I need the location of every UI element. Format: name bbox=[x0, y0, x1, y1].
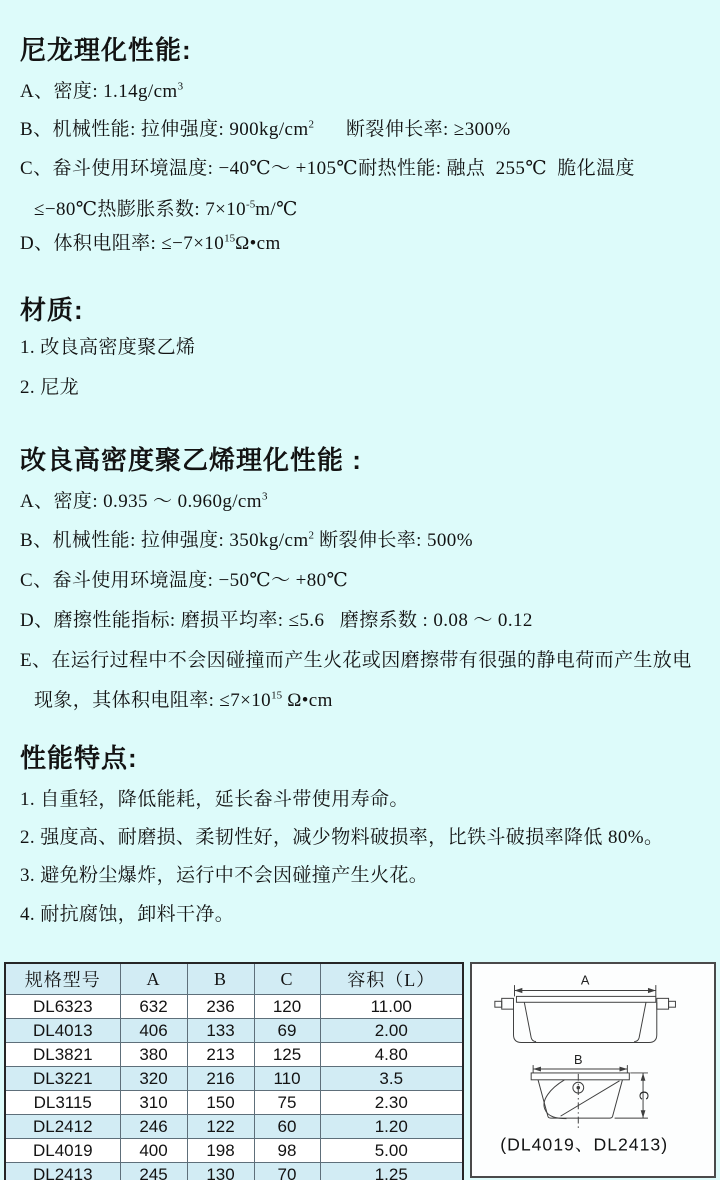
diagram-caption: (DL4019、DL2413) bbox=[500, 1134, 668, 1154]
line-text: 断裂伸长率: ≥300% bbox=[346, 119, 511, 140]
table-cell: 320 bbox=[120, 1067, 187, 1091]
line-text: D、磨擦性能指标: 磨损平均率: ≤5.6 磨擦系数 : 0.08 ～ 0.12 bbox=[20, 610, 533, 631]
line-text: D、体积电阻率: ≤−7×10 bbox=[20, 233, 224, 254]
table-cell: 11.00 bbox=[320, 995, 463, 1019]
table-cell: 213 bbox=[187, 1043, 254, 1067]
table-cell: 122 bbox=[187, 1115, 254, 1139]
table-cell: 245 bbox=[120, 1163, 187, 1180]
line-text: E、在运行过程中不会因碰撞而产生火花或因磨擦带有很强的静电荷而产生放电 bbox=[20, 650, 692, 671]
line-text: ≤−80℃热膨胀系数: 7×10 bbox=[34, 199, 246, 220]
dimension-label-b: B bbox=[574, 1052, 583, 1067]
superscript: -5 bbox=[246, 199, 255, 211]
line-text: A、密度: 1.14g/cm bbox=[20, 81, 178, 102]
table-cell: 60 bbox=[254, 1115, 320, 1139]
line-text: 现象，其体积电阻率: ≤7×10 bbox=[34, 690, 271, 711]
nylon-line-c: C、畚斗使用环境温度: −40℃～ +105℃耐热性能: 融点 255℃ 脆化温… bbox=[20, 153, 635, 180]
table-row: DL2413245130701.25 bbox=[5, 1163, 463, 1180]
line-text: Ω•cm bbox=[282, 690, 333, 711]
table-row: DL4019400198985.00 bbox=[5, 1139, 463, 1163]
feature-line-4: 4. 耐抗腐蚀，卸料干净。 bbox=[20, 899, 234, 926]
line-text: C、畚斗使用环境温度: −50℃～ +80℃ bbox=[20, 570, 348, 591]
table-row: DL38213802131254.80 bbox=[5, 1043, 463, 1067]
superscript: 15 bbox=[224, 233, 235, 245]
hdpe-line-e: E、在运行过程中不会因碰撞而产生火花或因磨擦带有很强的静电荷而产生放电 bbox=[20, 645, 692, 672]
spec-table-body: DL632363223612011.00DL4013406133692.00DL… bbox=[5, 995, 463, 1180]
column-header-a: A bbox=[120, 963, 187, 995]
table-cell: 70 bbox=[254, 1163, 320, 1180]
table-cell: 380 bbox=[120, 1043, 187, 1067]
line-text: 3. 避免粉尘爆炸，运行中不会因碰撞产生火花。 bbox=[20, 865, 428, 886]
bucket-diagram-panel: A B bbox=[470, 962, 716, 1178]
nylon-line-b: B、机械性能: 拉伸强度: 900kg/cm2断裂伸长率: ≥300% bbox=[20, 114, 511, 141]
table-cell: 3.5 bbox=[320, 1067, 463, 1091]
table-cell: 246 bbox=[120, 1115, 187, 1139]
feature-line-1: 1. 自重轻，降低能耗，延长畚斗带使用寿命。 bbox=[20, 784, 409, 811]
hdpe-line-b: B、机械性能: 拉伸强度: 350kg/cm2 断裂伸长率: 500% bbox=[20, 525, 473, 552]
feature-line-2: 2. 强度高、耐磨损、柔韧性好，减少物料破损率，比铁斗破损率降低 80%。 bbox=[20, 822, 663, 849]
line-text: Ω•cm bbox=[235, 233, 281, 254]
column-header-c: C bbox=[254, 963, 320, 995]
table-row: DL32213202161103.5 bbox=[5, 1067, 463, 1091]
table-cell: 110 bbox=[254, 1067, 320, 1091]
hdpe-line-c: C、畚斗使用环境温度: −50℃～ +80℃ bbox=[20, 565, 348, 592]
table-cell: 75 bbox=[254, 1091, 320, 1115]
line-text: C、畚斗使用环境温度: −40℃～ +105℃耐热性能: 融点 255℃ 脆化温… bbox=[20, 158, 635, 179]
section-title-material: 材质: bbox=[20, 290, 84, 327]
table-header-row: 规格型号 A B C 容积（L） bbox=[5, 963, 463, 995]
column-header-volume: 容积（L） bbox=[320, 963, 463, 995]
bucket-diagram: A B bbox=[472, 964, 714, 1176]
dimension-label-a: A bbox=[581, 973, 590, 988]
feature-line-3: 3. 避免粉尘爆炸，运行中不会因碰撞产生火花。 bbox=[20, 860, 428, 887]
front-view-drawing: A bbox=[495, 973, 676, 1043]
table-cell: 5.00 bbox=[320, 1139, 463, 1163]
table-cell: 150 bbox=[187, 1091, 254, 1115]
table-cell: 216 bbox=[187, 1067, 254, 1091]
superscript: 3 bbox=[178, 81, 184, 93]
table-cell: 632 bbox=[120, 995, 187, 1019]
column-header-model: 规格型号 bbox=[5, 963, 120, 995]
section-title-nylon: 尼龙理化性能: bbox=[20, 30, 192, 67]
table-cell: 1.25 bbox=[320, 1163, 463, 1180]
table-cell: DL2413 bbox=[5, 1163, 120, 1180]
table-cell: DL2412 bbox=[5, 1115, 120, 1139]
superscript: 15 bbox=[271, 690, 282, 702]
column-header-b: B bbox=[187, 963, 254, 995]
line-text: m/℃ bbox=[255, 199, 298, 220]
left-lug bbox=[502, 998, 514, 1009]
section-title-features: 性能特点: bbox=[20, 738, 138, 775]
hdpe-line-e2: 现象，其体积电阻率: ≤7×1015 Ω•cm bbox=[34, 685, 333, 712]
table-cell: DL3221 bbox=[5, 1067, 120, 1091]
table-cell: DL6323 bbox=[5, 995, 120, 1019]
line-text: 1. 自重轻，降低能耗，延长畚斗带使用寿命。 bbox=[20, 789, 409, 810]
table-cell: 2.30 bbox=[320, 1091, 463, 1115]
material-line-2: 2. 尼龙 bbox=[20, 372, 79, 399]
material-line-1: 1. 改良高密度聚乙烯 bbox=[20, 332, 195, 359]
hdpe-line-d: D、磨擦性能指标: 磨损平均率: ≤5.6 磨擦系数 : 0.08 ～ 0.12 bbox=[20, 605, 533, 632]
superscript: 3 bbox=[262, 491, 268, 503]
table-row: DL2412246122601.20 bbox=[5, 1115, 463, 1139]
table-cell: DL3821 bbox=[5, 1043, 120, 1067]
right-lug bbox=[657, 998, 669, 1009]
line-text: B、机械性能: 拉伸强度: 350kg/cm bbox=[20, 530, 309, 551]
dimension-label-c: C bbox=[637, 1091, 652, 1100]
table-cell: 310 bbox=[120, 1091, 187, 1115]
section-title-hdpe: 改良高密度聚乙烯理化性能 : bbox=[20, 440, 362, 477]
side-view-drawing: B C bbox=[531, 1052, 652, 1131]
table-cell: 2.00 bbox=[320, 1019, 463, 1043]
nylon-line-a: A、密度: 1.14g/cm3 bbox=[20, 76, 183, 103]
table-cell: 125 bbox=[254, 1043, 320, 1067]
spec-document-page: 尼龙理化性能: A、密度: 1.14g/cm3 B、机械性能: 拉伸强度: 90… bbox=[0, 0, 720, 1180]
line-text: 1. 改良高密度聚乙烯 bbox=[20, 337, 195, 358]
table-cell: 69 bbox=[254, 1019, 320, 1043]
superscript: 2 bbox=[309, 119, 315, 131]
table-cell: 400 bbox=[120, 1139, 187, 1163]
table-cell: DL3115 bbox=[5, 1091, 120, 1115]
line-text: 2. 强度高、耐磨损、柔韧性好，减少物料破损率，比铁斗破损率降低 80%。 bbox=[20, 827, 663, 848]
table-cell: 130 bbox=[187, 1163, 254, 1180]
nylon-line-c2: ≤−80℃热膨胀系数: 7×10-5m/℃ bbox=[34, 194, 298, 221]
hdpe-line-a: A、密度: 0.935 ～ 0.960g/cm3 bbox=[20, 486, 267, 513]
line-text: 2. 尼龙 bbox=[20, 377, 79, 398]
line-text: A、密度: 0.935 ～ 0.960g/cm bbox=[20, 491, 262, 512]
table-row: DL3115310150752.30 bbox=[5, 1091, 463, 1115]
table-cell: DL4013 bbox=[5, 1019, 120, 1043]
table-cell: 1.20 bbox=[320, 1115, 463, 1139]
table-row: DL4013406133692.00 bbox=[5, 1019, 463, 1043]
table-cell: 4.80 bbox=[320, 1043, 463, 1067]
line-text: 4. 耐抗腐蚀，卸料干净。 bbox=[20, 904, 234, 925]
table-cell: 133 bbox=[187, 1019, 254, 1043]
line-text: 断裂伸长率: 500% bbox=[314, 530, 473, 551]
table-cell: 236 bbox=[187, 995, 254, 1019]
table-cell: DL4019 bbox=[5, 1139, 120, 1163]
nylon-line-d: D、体积电阻率: ≤−7×1015Ω•cm bbox=[20, 228, 281, 255]
table-cell: 406 bbox=[120, 1019, 187, 1043]
table-cell: 198 bbox=[187, 1139, 254, 1163]
table-cell: 98 bbox=[254, 1139, 320, 1163]
spec-table: 规格型号 A B C 容积（L） DL632363223612011.00DL4… bbox=[4, 962, 464, 1180]
line-text: B、机械性能: 拉伸强度: 900kg/cm bbox=[20, 119, 309, 140]
table-row: DL632363223612011.00 bbox=[5, 995, 463, 1019]
table-cell: 120 bbox=[254, 995, 320, 1019]
